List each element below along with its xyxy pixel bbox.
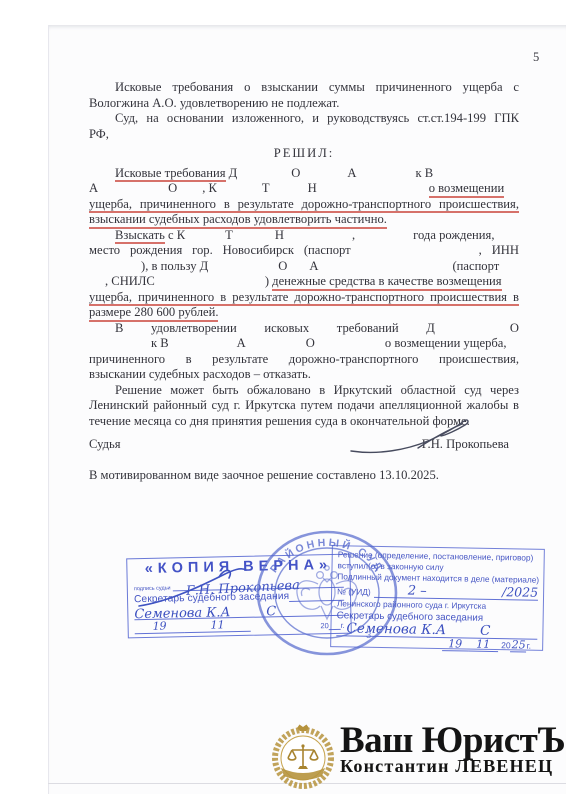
seal-number: 3: [366, 630, 371, 641]
text-line: Решение может быть обжаловано в Иркутски…: [89, 383, 519, 399]
text-line: к ВАОо возмещении ущерба,: [89, 336, 519, 352]
text-span: Н: [275, 228, 284, 242]
text-span: Д: [226, 166, 238, 180]
judge-label: Судья: [89, 437, 121, 453]
force-year-blank: 25: [511, 639, 527, 652]
text-span: О: [168, 181, 177, 195]
text-span: А: [89, 181, 98, 195]
text-span: о возмещении ущерба,: [385, 336, 507, 350]
text-span: , ИНН: [479, 243, 519, 257]
text-line: Исковые требования ДОАк В: [89, 166, 519, 182]
text-span: причиненного в результате дорожно-трансп…: [89, 352, 519, 366]
case-blank-2: /2025: [461, 585, 538, 600]
redaction-gap: [89, 284, 105, 285]
redaction-gap: [89, 269, 141, 270]
scales-emblem-icon: [269, 722, 337, 790]
redaction-gap: [185, 238, 225, 239]
text-span: А: [347, 166, 356, 180]
text-line: ущерба, причиненного в результате дорожн…: [89, 197, 519, 213]
handwritten-month: 11: [210, 618, 224, 631]
text-span: к В: [151, 336, 169, 350]
redaction-gap: [98, 191, 168, 192]
underlined-text: ущерба, причиненного в результате дорожн…: [89, 197, 519, 214]
stamp-signature-stroke-icon: [131, 556, 266, 614]
force-day-blank: 19: [442, 638, 468, 651]
redaction-gap: [284, 238, 352, 239]
resolution-heading: РЕШИЛ:: [89, 146, 519, 162]
force-handwritten-initial: С: [480, 623, 491, 639]
page-number: 5: [533, 50, 539, 65]
text-span: Решение может быть обжаловано в Иркутски…: [115, 383, 519, 397]
redaction-gap: [356, 176, 415, 177]
redaction-gap: [177, 191, 202, 192]
force-handwritten-month: 11: [476, 638, 490, 651]
text-span: Вологжина А.О. удовлетворению не подлежа…: [89, 96, 339, 110]
redaction-gap: [233, 238, 275, 239]
text-span: года рождения,: [413, 228, 494, 242]
text-span: О: [291, 166, 300, 180]
text-span: О: [278, 259, 287, 273]
underlined-text: ущерба, причиненного в результате дорожн…: [89, 290, 519, 307]
redaction-gap: [270, 191, 308, 192]
indent: [89, 90, 115, 91]
underlined-text: денежные средства в качестве возмещения: [272, 274, 501, 291]
day-blank: 19: [135, 620, 185, 634]
force-handwritten-year: 25: [512, 638, 526, 651]
text-span: Суд, на основании изложенного, и руковод…: [115, 111, 519, 125]
text-line: В удовлетворении исковых требований ДО: [89, 321, 519, 337]
redaction-gap: [318, 269, 452, 270]
text-span: А: [237, 336, 246, 350]
text-span: А: [309, 259, 318, 273]
text-span: , К: [202, 181, 217, 195]
paragraph: В удовлетворении исковых требований ДОк …: [89, 321, 519, 383]
redaction-gap: [351, 253, 479, 254]
text-span: О: [510, 321, 519, 335]
redaction-gap: [315, 346, 385, 347]
brand-subtitle: Константин ЛЕВЕНЕЦ: [340, 757, 565, 775]
text-span: Т: [225, 228, 233, 242]
indent: [89, 176, 115, 177]
text-span: Т: [262, 181, 270, 195]
text-span: к В: [415, 166, 433, 180]
redaction-gap: [155, 284, 265, 285]
text-span: , СНИЛС: [105, 274, 155, 288]
text-span: Ленинский районный суд г. Иркутска путем…: [89, 398, 519, 412]
force-handwritten-day: 19: [448, 637, 462, 650]
handwritten-day: 19: [152, 620, 166, 633]
force-year-prefix: 20: [501, 640, 511, 651]
text-line: Вологжина А.О. удовлетворению не подлежа…: [89, 96, 519, 112]
text-line: взыскании судебных расходов – отказать.: [89, 367, 519, 383]
text-line: Суд, на основании изложенного, и руковод…: [89, 111, 519, 127]
seal-arc-text: РАЙОННЫЙ СУД: [268, 537, 386, 575]
text-span: В удовлетворении исковых требований Д: [115, 321, 435, 335]
logo-text: Ваш ЮристЪ Константин ЛЕВЕНЕЦ: [340, 722, 565, 775]
text-span: Н: [308, 181, 317, 195]
text-line: размере 280 600 рублей.: [89, 305, 519, 321]
redaction-gap: [355, 238, 413, 239]
redaction-gap: [435, 331, 510, 332]
text-line: Взыскать с КТН,года рождения,: [89, 228, 519, 244]
indent: [89, 121, 115, 122]
motivated-decision-line: В мотивированном виде заочное решение со…: [89, 468, 519, 484]
redaction-gap: [287, 269, 309, 270]
judge-signature-flourish-icon: [348, 415, 476, 459]
force-month-blank: 11: [468, 639, 498, 653]
text-span: Исковые требования о взыскании суммы при…: [115, 80, 519, 94]
indent: [89, 393, 115, 394]
court-seal: РАЙОННЫЙ СУД 3: [252, 526, 402, 662]
redaction-gap: [208, 269, 278, 270]
scanned-court-decision: { "page_number": "5", "doc": { "blocks":…: [0, 0, 566, 800]
underlined-text: о возмещении: [429, 181, 504, 198]
redaction-gap: [237, 176, 291, 177]
underlined-text: Исковые требования: [115, 166, 226, 183]
text-span: ,: [352, 228, 355, 242]
paragraph: Суд, на основании изложенного, и руковод…: [89, 111, 519, 142]
text-line: взыскании судебных расходов удовлетворит…: [89, 212, 519, 228]
brand-name: Ваш ЮристЪ: [340, 722, 565, 759]
text-line: РФ,: [89, 127, 519, 143]
indent: [89, 238, 115, 239]
text-line: место рождения гор. Новосибирск (паспорт…: [89, 243, 519, 259]
text-line: АО, КТНо возмещении: [89, 181, 519, 197]
decision-text-blocks: Исковые требования о взыскании суммы при…: [89, 80, 519, 429]
underlined-text: размере 280 600 рублей.: [89, 305, 218, 322]
redaction-gap: [317, 191, 429, 192]
law-firm-logo: Ваш ЮристЪ Константин ЛЕВЕНЕЦ: [269, 722, 565, 790]
text-line: Исковые требования о взыскании суммы при…: [89, 80, 519, 96]
text-line: причиненного в результате дорожно-трансп…: [89, 352, 519, 368]
month-blank: 11: [184, 619, 250, 633]
text-line: ущерба, причиненного в результате дорожн…: [89, 290, 519, 306]
double-eagle-icon: [297, 566, 357, 619]
redaction-gap: [217, 191, 262, 192]
text-line: ), в пользу ДОА(паспорт: [89, 259, 519, 275]
redaction-gap: [169, 346, 237, 347]
text-span: (паспорт: [452, 259, 499, 273]
redaction-gap: [300, 176, 347, 177]
text-span: место рождения гор. Новосибирск (паспорт: [89, 243, 351, 257]
redaction-gap: [89, 346, 151, 347]
paragraph: Взыскать с КТН,года рождения,место рожде…: [89, 228, 519, 321]
text-span: РФ,: [89, 127, 109, 141]
text-span: взыскании судебных расходов – отказать.: [89, 367, 311, 381]
text-span: О: [306, 336, 315, 350]
redaction-gap: [246, 346, 306, 347]
text-line: , СНИЛС) денежные средства в качестве во…: [89, 274, 519, 290]
svg-text:РАЙОННЫЙ СУД: РАЙОННЫЙ СУД: [268, 537, 386, 575]
handwritten-case-number: 2 –: [408, 583, 427, 598]
force-year-suffix: г.: [527, 641, 532, 652]
text-span: ), в пользу Д: [141, 259, 208, 273]
paragraph: Исковые требования о взыскании суммы при…: [89, 80, 519, 111]
underlined-text: Взыскать: [115, 228, 165, 245]
handwritten-case-year: /2025: [502, 584, 538, 600]
indent: [89, 331, 115, 332]
underlined-text: взыскании судебных расходов удовлетворит…: [89, 212, 387, 229]
text-span: с К: [165, 228, 185, 242]
paragraph: Исковые требования ДОАк ВАО, КТНо возмещ…: [89, 166, 519, 228]
text-line: Ленинский районный суд г. Иркутска путем…: [89, 398, 519, 414]
